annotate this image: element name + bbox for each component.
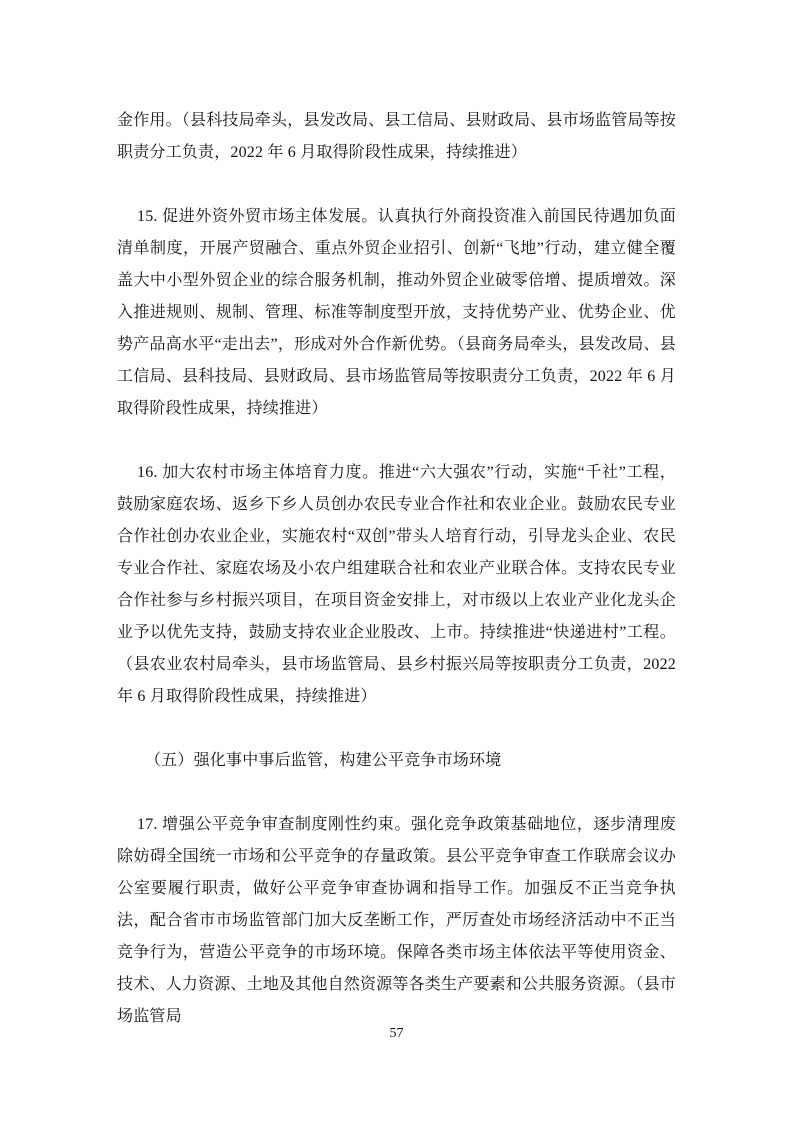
page-body: 金作用。（县科技局牵头，县发改局、县工信局、县财政局、县市场监管局等按职责分工负… [117, 105, 676, 1033]
page-number: 57 [390, 1026, 404, 1041]
paragraph-continuation: 金作用。（县科技局牵头，县发改局、县工信局、县财政局、县市场监管局等按职责分工负… [117, 105, 676, 169]
page-footer: 57 [0, 1024, 793, 1042]
paragraph-15: 15. 促进外资外贸市场主体发展。认真执行外商投资准入前国民待遇加负面清单制度，… [117, 201, 676, 425]
document-page: 金作用。（县科技局牵头，县发改局、县工信局、县财政局、县市场监管局等按职责分工负… [0, 0, 793, 1122]
paragraph-17: 17. 增强公平竞争审查制度刚性约束。强化竞争政策基础地位，逐步清理废除妨碍全国… [117, 809, 676, 1033]
paragraph-16: 16. 加大农村市场主体培育力度。推进“六大强农”行动，实施“千社”工程，鼓励家… [117, 457, 676, 713]
section-heading-5: （五）强化事中事后监管，构建公平竞争市场环境 [117, 745, 676, 777]
